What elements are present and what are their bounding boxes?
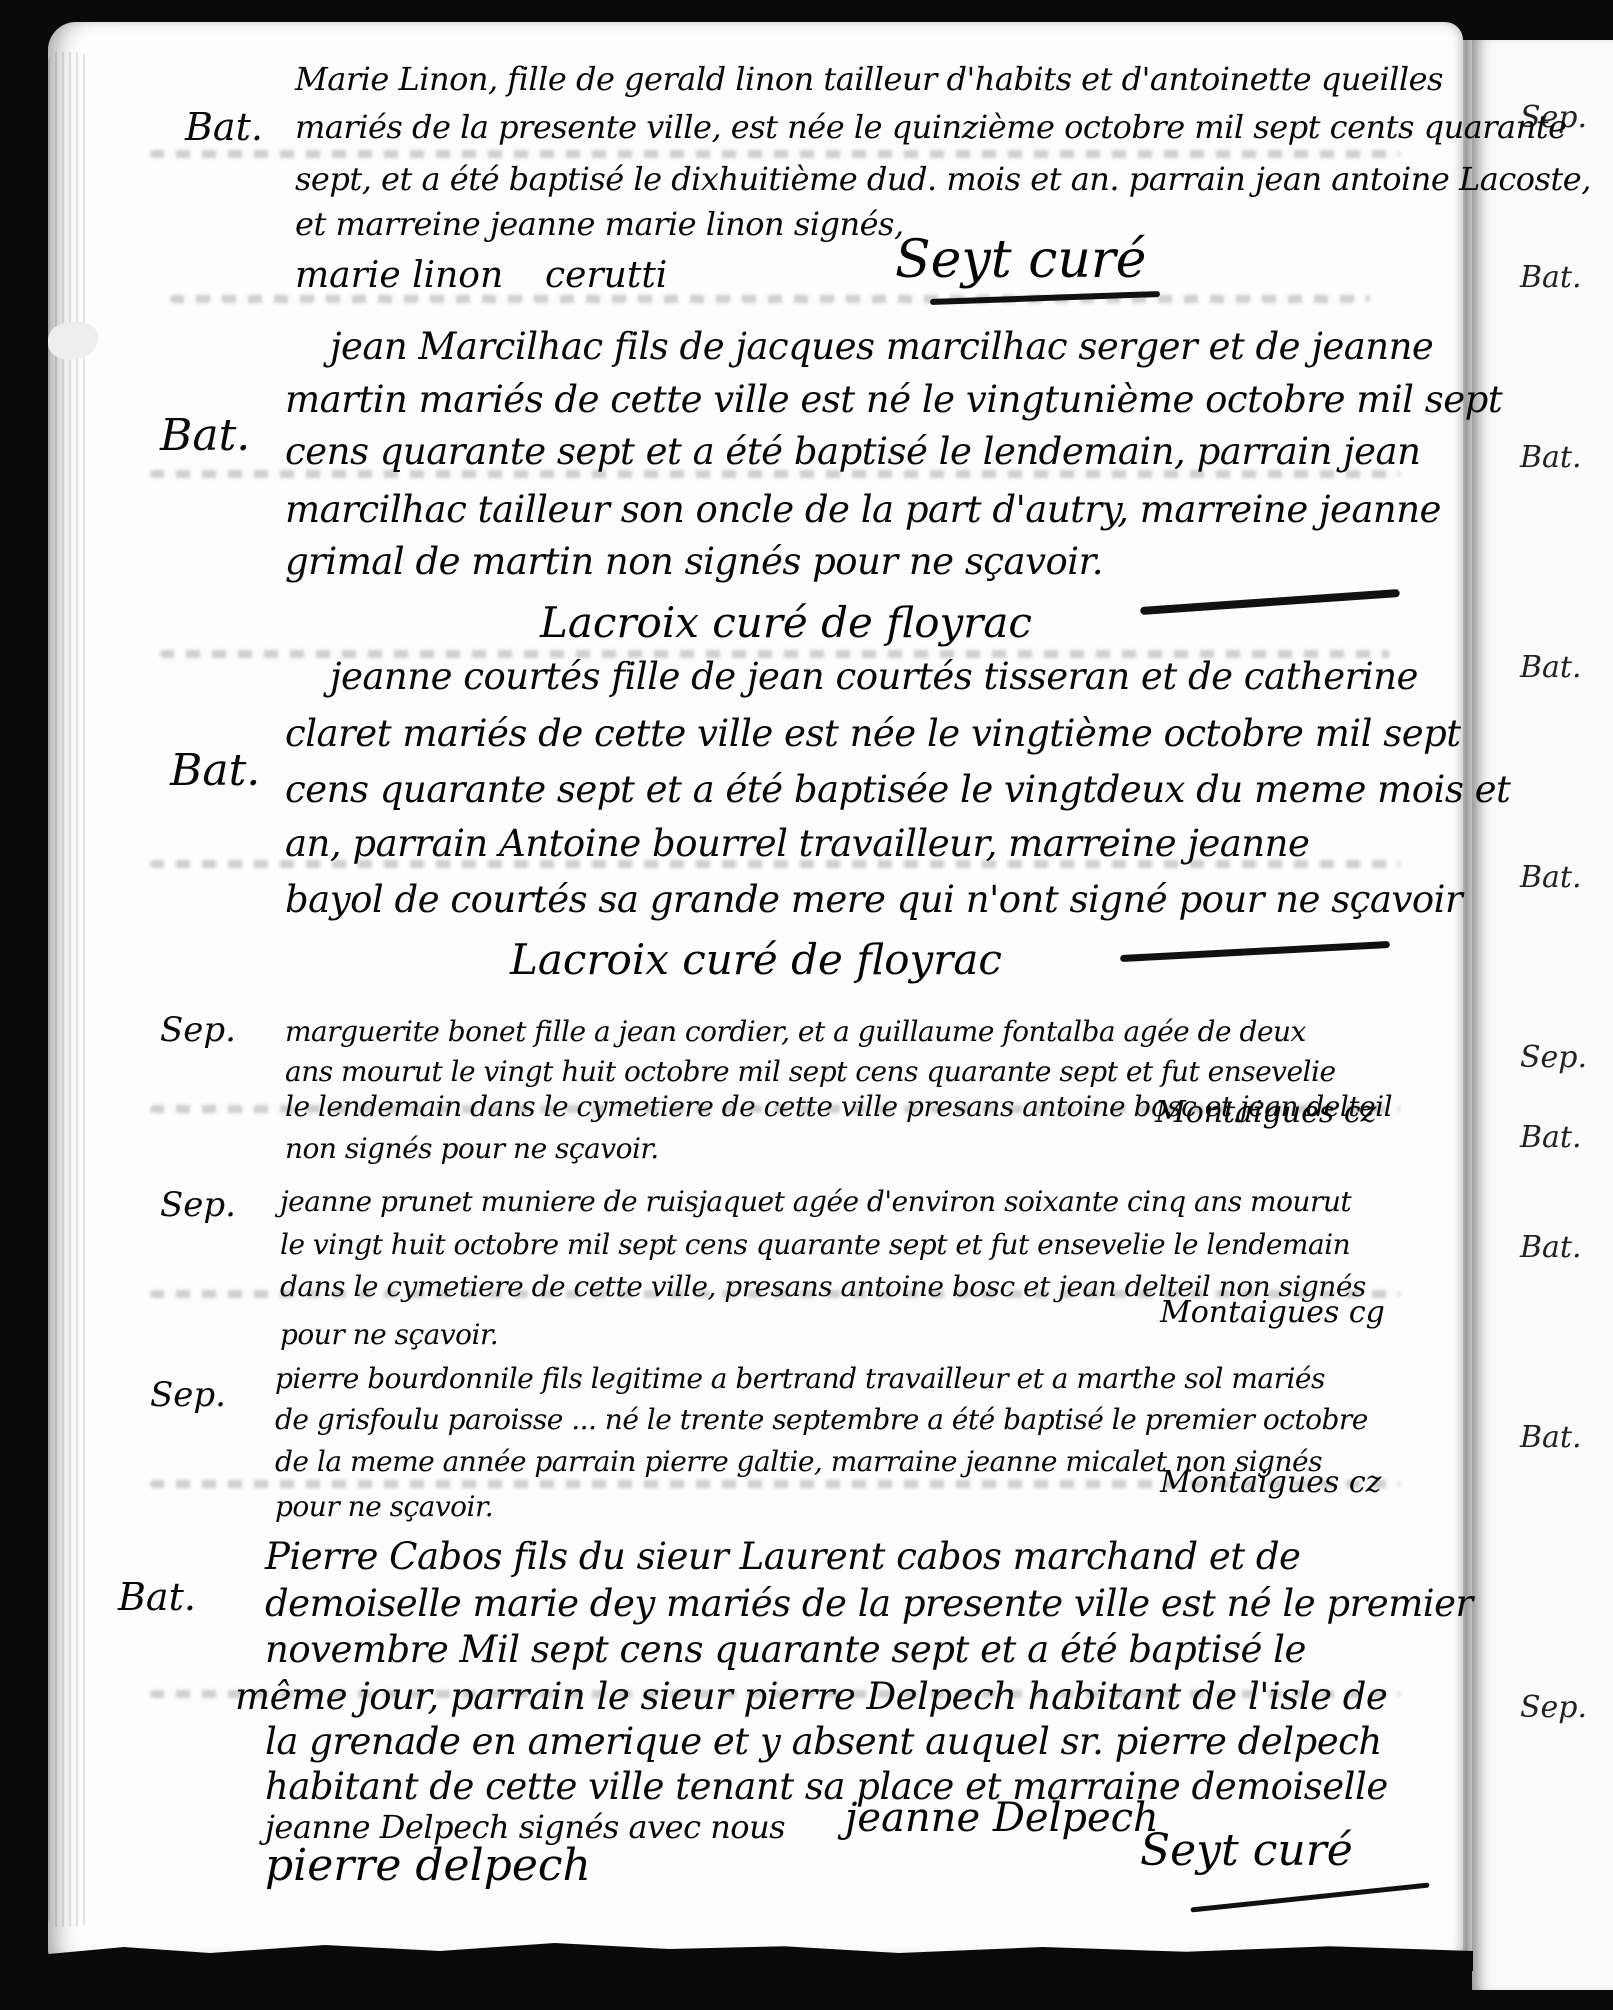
adjacent-margin-label: Sep.: [1520, 1690, 1587, 1725]
signature: cerutti: [545, 255, 667, 296]
entry-line: bayol de courtés sa grande mere qui n'on…: [285, 878, 1462, 921]
signature-cure: Seyt curé: [895, 230, 1146, 290]
entry-line: jeanne prunet muniere de ruisjaquet agée…: [280, 1185, 1351, 1218]
adjacent-margin-label: Bat.: [1520, 1420, 1582, 1455]
entry-line: et marreine jeanne marie linon signés,: [295, 205, 904, 243]
entry-line: de grisfoulu paroisse ... né le trente s…: [275, 1403, 1368, 1436]
entry-line: martin mariés de cette ville est né le v…: [285, 378, 1502, 421]
entry-line: cens quarante sept et a été baptisée le …: [285, 768, 1510, 811]
adjacent-margin-label: Sep.: [1520, 1040, 1587, 1075]
signature: pierre delpech: [265, 1840, 591, 1891]
signature: jeanne Delpech: [845, 1795, 1159, 1841]
signature: Montaigues cz: [1155, 1095, 1376, 1130]
entry-line: an, parrain Antoine bourrel travailleur,…: [285, 822, 1309, 865]
entry-line: mariés de la presente ville, est née le …: [295, 108, 1567, 146]
entry-line: marcilhac tailleur son oncle de la part …: [285, 488, 1441, 531]
entry-line: le vingt huit octobre mil sept cens quar…: [280, 1228, 1350, 1261]
entry-line: non signés pour ne sçavoir.: [285, 1132, 659, 1165]
adjacent-margin-label: Bat.: [1520, 440, 1582, 475]
adjacent-margin-label: Bat.: [1520, 260, 1582, 295]
entry-line: pour ne sçavoir.: [280, 1318, 498, 1351]
entry-margin-label: Sep.: [160, 1185, 236, 1225]
entry-margin-label: Bat.: [118, 1575, 196, 1619]
entry-margin-label: Bat.: [170, 745, 260, 796]
entry-line: claret mariés de cette ville est née le …: [285, 712, 1461, 755]
signature: marie linon: [295, 255, 503, 296]
signature-cure: Lacroix curé de floyrac: [510, 935, 1002, 984]
entry-line: même jour, parrain le sieur pierre Delpe…: [235, 1675, 1387, 1718]
entry-line: novembre Mil sept cens quarante sept et …: [265, 1628, 1306, 1671]
entry-line: ans mourut le vingt huit octobre mil sep…: [285, 1055, 1336, 1088]
adjacent-margin-label: Bat.: [1520, 650, 1582, 685]
entry-line: grimal de martin non signés pour ne sçav…: [285, 540, 1103, 583]
signature: Montaigues cg: [1160, 1295, 1385, 1330]
entry-line: jean Marcilhac fils de jacques marcilhac…: [330, 325, 1433, 368]
adjacent-margin-label: Bat.: [1520, 1230, 1582, 1265]
entry-line: cens quarante sept et a été baptisé le l…: [285, 430, 1420, 473]
entry-line: sept, et a été baptisé le dixhuitième du…: [295, 160, 1591, 198]
entry-line: marguerite bonet fille a jean cordier, e…: [285, 1015, 1306, 1048]
entry-line: pierre bourdonnile fils legitime a bertr…: [275, 1362, 1325, 1395]
bleed-through: [150, 150, 1400, 158]
entry-line: jeanne courtés fille de jean courtés tis…: [330, 655, 1418, 698]
adjacent-page: Sep. Bat. Bat. Bat. Bat. Sep. Bat. Bat. …: [1472, 40, 1613, 1990]
bleed-through: [170, 295, 1370, 303]
entry-margin-label: Sep.: [150, 1375, 226, 1415]
entry-margin-label: Sep.: [160, 1010, 236, 1050]
signature-cure: Lacroix curé de floyrac: [540, 598, 1032, 647]
entry-line: habitant de cette ville tenant sa place …: [265, 1765, 1388, 1808]
entry-margin-label: Bat.: [185, 105, 263, 149]
signature-cure: Seyt curé: [1140, 1825, 1353, 1876]
entry-line: pour ne sçavoir.: [275, 1490, 493, 1523]
entry-line: demoiselle marie dey mariés de la presen…: [265, 1582, 1473, 1625]
adjacent-margin-label: Bat.: [1520, 860, 1582, 895]
entry-margin-label: Bat.: [160, 410, 250, 461]
entry-line: Marie Linon, fille de gerald linon taill…: [295, 60, 1443, 98]
entry-line: la grenade en amerique et y absent auque…: [265, 1720, 1382, 1763]
entry-line: Pierre Cabos fils du sieur Laurent cabos…: [265, 1535, 1300, 1578]
adjacent-margin-label: Bat.: [1520, 1120, 1582, 1155]
signature: Montaigues cz: [1160, 1465, 1381, 1500]
